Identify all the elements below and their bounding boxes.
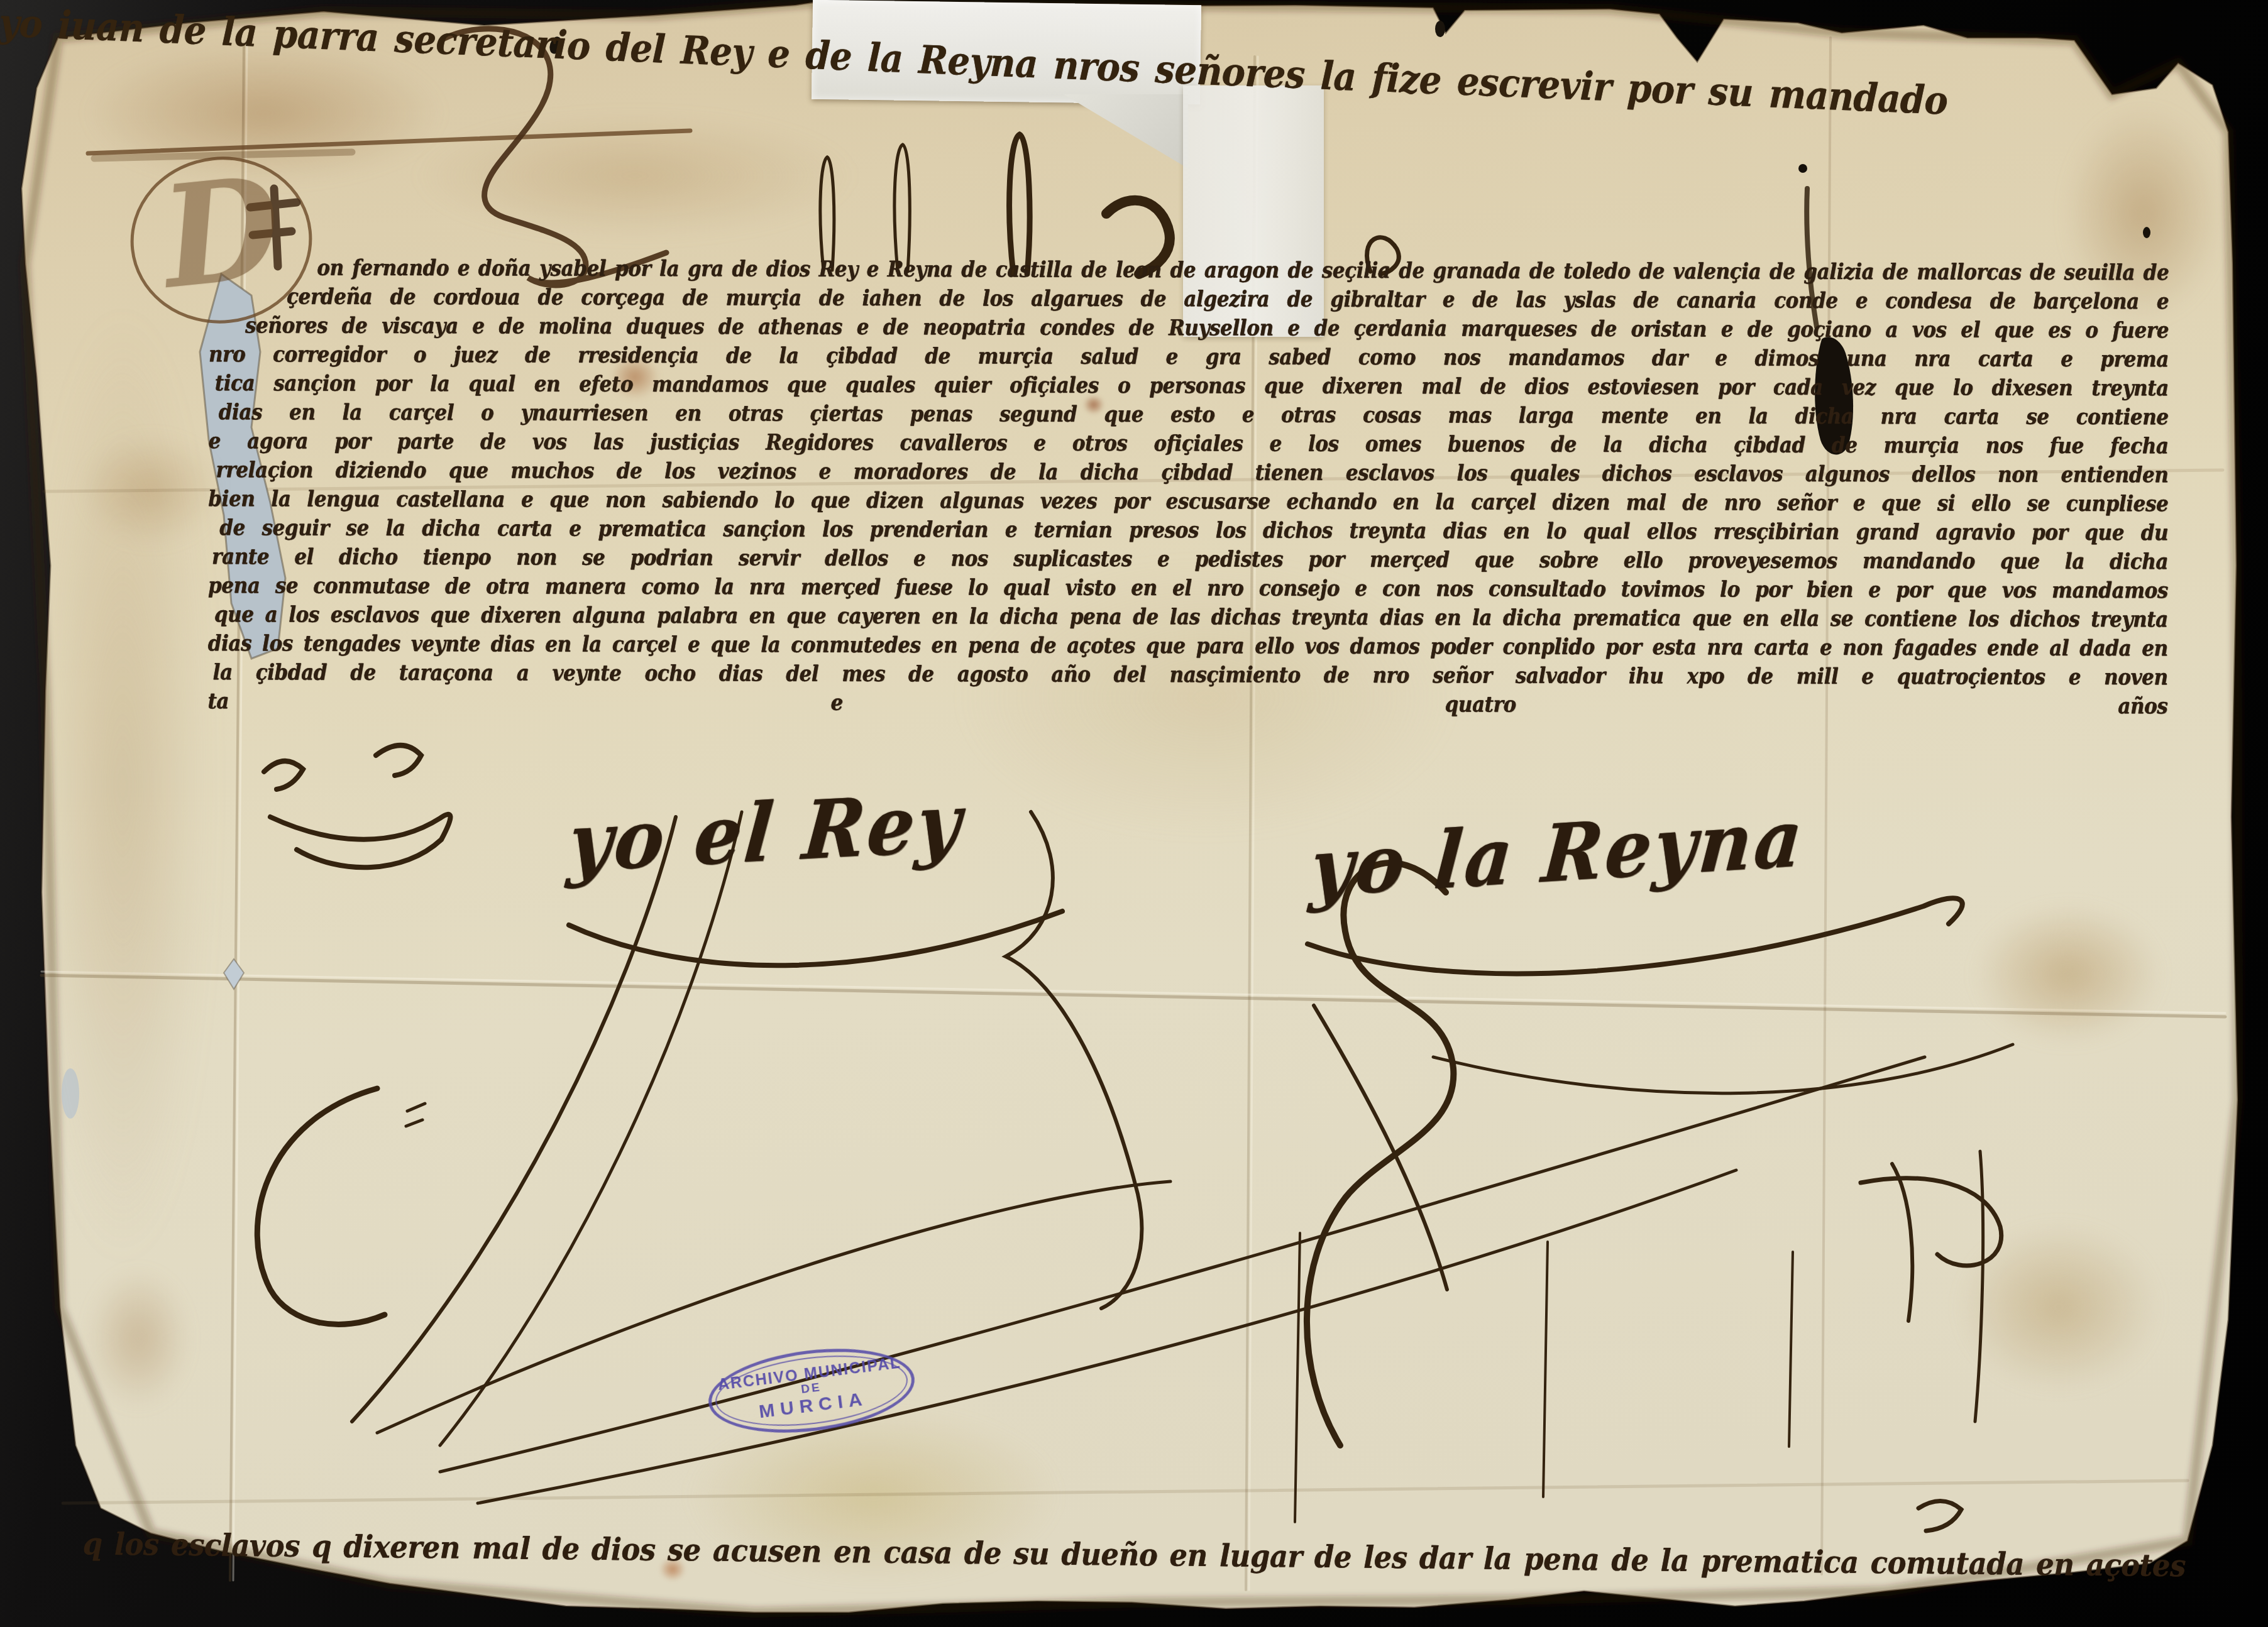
text-line: ta e quatro años — [207, 686, 2167, 723]
stamp-text-line3: MURCIA — [757, 1388, 869, 1422]
stamp-text-line2: DE — [800, 1381, 822, 1396]
main-text-block: D on fernando e doña ysabel por la gra d… — [0, 0, 2268, 1627]
photographed-manuscript: D on fernando e doña ysabel por la gra d… — [0, 0, 2268, 1627]
